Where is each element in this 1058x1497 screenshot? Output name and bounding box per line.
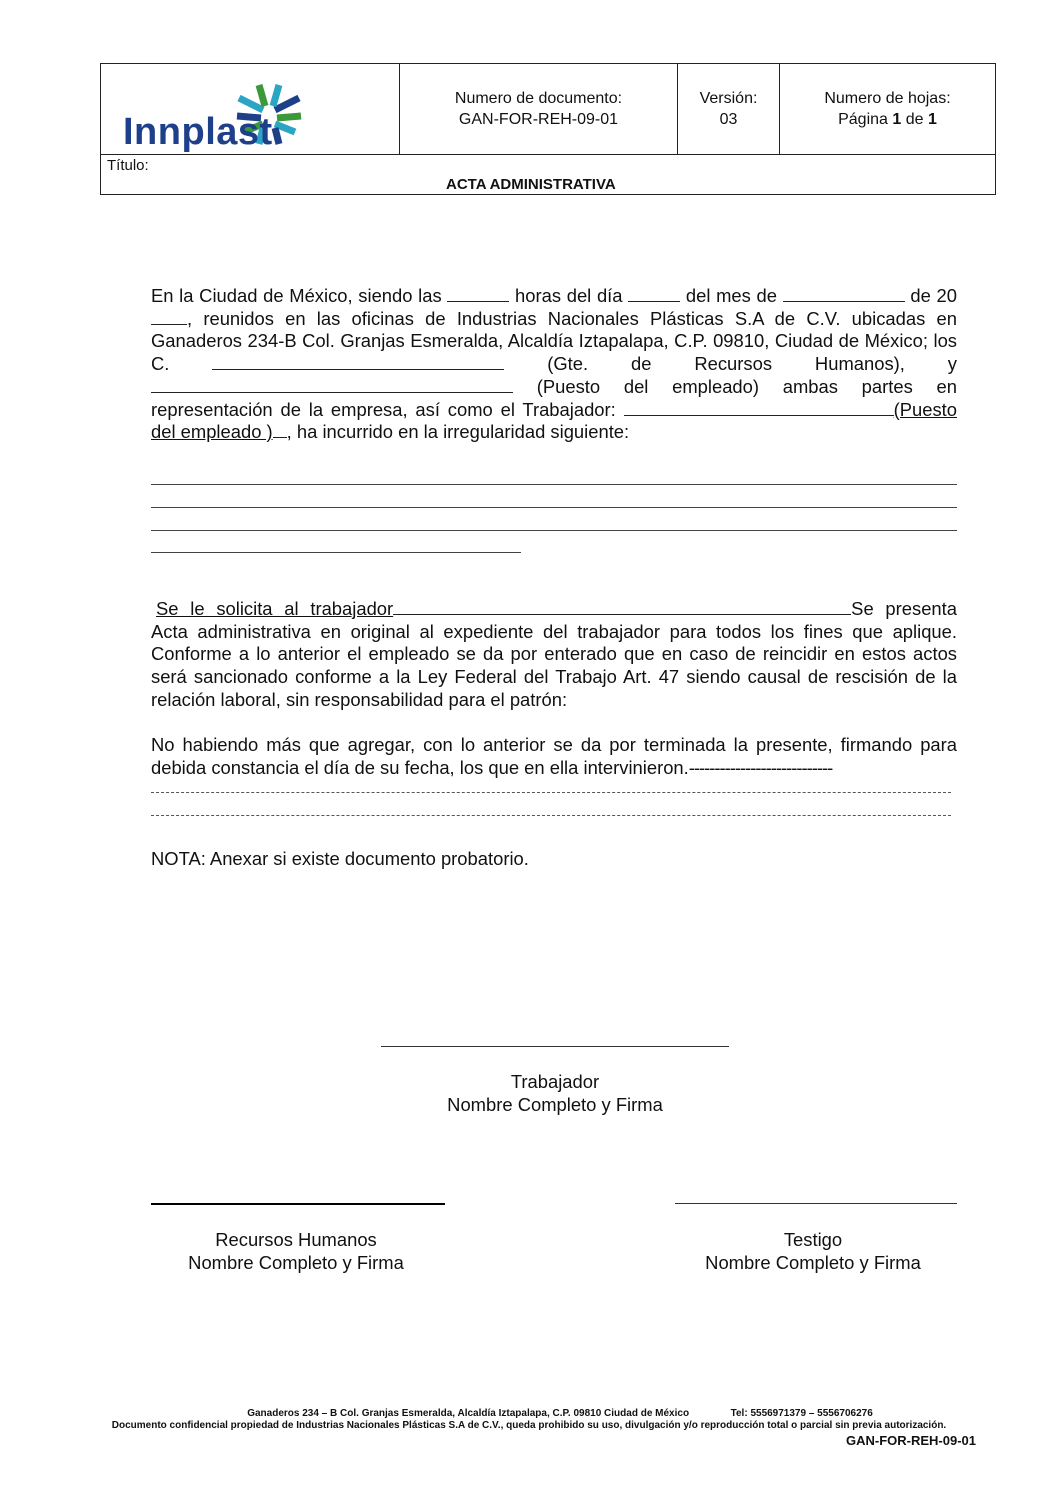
- year-blank[interactable]: [151, 308, 187, 325]
- worker-signature-line[interactable]: [381, 1046, 729, 1047]
- day-blank[interactable]: [628, 285, 680, 302]
- blank: [273, 421, 287, 438]
- header-row: Innplast Numero de documento: GAN-FOR-RE…: [101, 64, 995, 155]
- hr-caption: Nombre Completo y Firma: [151, 1251, 441, 1274]
- irregularity-line-1[interactable]: [151, 484, 957, 485]
- text: horas del día: [515, 285, 622, 306]
- worker-caption: Nombre Completo y Firma: [381, 1093, 729, 1116]
- dash-line-2: [151, 815, 951, 816]
- footer-address: Ganaderos 234 – B Col. Granjas Esmeralda…: [247, 1408, 689, 1419]
- note: NOTA: Anexar si existe documento probato…: [151, 848, 529, 870]
- request-label: Se le solicita al trabajador: [151, 598, 393, 619]
- page-total: 1: [928, 111, 937, 128]
- version-value: 03: [720, 109, 738, 130]
- version-cell: Versión: 03: [678, 64, 780, 154]
- footer-code: GAN-FOR-REH-09-01: [846, 1433, 976, 1448]
- footer-address-line: Ganaderos 234 – B Col. Granjas Esmeralda…: [60, 1408, 1058, 1419]
- logo-text: Innplast: [123, 112, 273, 152]
- document-number-label: Numero de documento:: [455, 88, 622, 109]
- irregularity-line-2[interactable]: [151, 507, 957, 508]
- footer-phone: Tel: 5556971379 – 5556706276: [731, 1408, 873, 1419]
- worker-role: Trabajador: [381, 1070, 729, 1093]
- hr-role: Recursos Humanos: [151, 1228, 441, 1251]
- intro-paragraph: En la Ciudad de México, siendo las horas…: [151, 285, 957, 444]
- title-label: Título:: [107, 157, 149, 174]
- request-blank[interactable]: [393, 598, 851, 615]
- dash-fill: ----------------------------: [689, 757, 832, 778]
- dash-line-1: [151, 792, 951, 793]
- hr-signature-label: Recursos Humanos Nombre Completo y Firma: [151, 1228, 441, 1274]
- witness-role: Testigo: [668, 1228, 958, 1251]
- worker-name-blank[interactable]: [624, 399, 894, 416]
- page-indicator: Página 1 de 1: [838, 109, 937, 130]
- logo-cell: Innplast: [101, 64, 400, 154]
- hr-signature-line[interactable]: [151, 1203, 445, 1205]
- text: No habiendo más que agregar, con lo ante…: [151, 734, 957, 778]
- pages-cell: Numero de hojas: Página 1 de 1: [780, 64, 995, 154]
- hr-manager-name-blank[interactable]: [212, 353, 504, 370]
- document-number-cell: Numero de documento: GAN-FOR-REH-09-01: [400, 64, 678, 154]
- irregularity-line-4[interactable]: [151, 552, 521, 553]
- text: En la Ciudad de México, siendo las: [151, 285, 442, 306]
- irregularity-line-3[interactable]: [151, 530, 957, 531]
- version-label: Versión:: [700, 88, 758, 109]
- closing-paragraph: No habiendo más que agregar, con lo ante…: [151, 734, 957, 779]
- document-number: GAN-FOR-REH-09-01: [459, 109, 618, 130]
- page-prefix: Página: [838, 111, 888, 128]
- witness-signature-line[interactable]: [675, 1203, 957, 1204]
- document-title: ACTA ADMINISTRATIVA: [446, 176, 616, 193]
- second-party-name-blank[interactable]: [151, 376, 513, 393]
- document-header: Innplast Numero de documento: GAN-FOR-RE…: [100, 63, 996, 195]
- request-paragraph: Se le solicita al trabajadorSe presenta …: [151, 598, 957, 712]
- text: , ha incurrido en la irregularidad sigui…: [287, 421, 629, 442]
- footer-confidential: Documento confidencial propiedad de Indu…: [0, 1420, 1058, 1431]
- text: (Gte. de Recursos Humanos), y: [547, 353, 957, 374]
- text: de 20: [910, 285, 957, 306]
- witness-signature-label: Testigo Nombre Completo y Firma: [668, 1228, 958, 1274]
- text: del mes de: [686, 285, 777, 306]
- pages-label: Numero de hojas:: [824, 88, 950, 109]
- page-of: de: [906, 111, 924, 128]
- month-blank[interactable]: [783, 285, 905, 302]
- hours-blank[interactable]: [447, 285, 509, 302]
- worker-signature-label: Trabajador Nombre Completo y Firma: [381, 1070, 729, 1116]
- witness-caption: Nombre Completo y Firma: [668, 1251, 958, 1274]
- company-logo: Innplast: [123, 86, 323, 152]
- page-current: 1: [892, 111, 901, 128]
